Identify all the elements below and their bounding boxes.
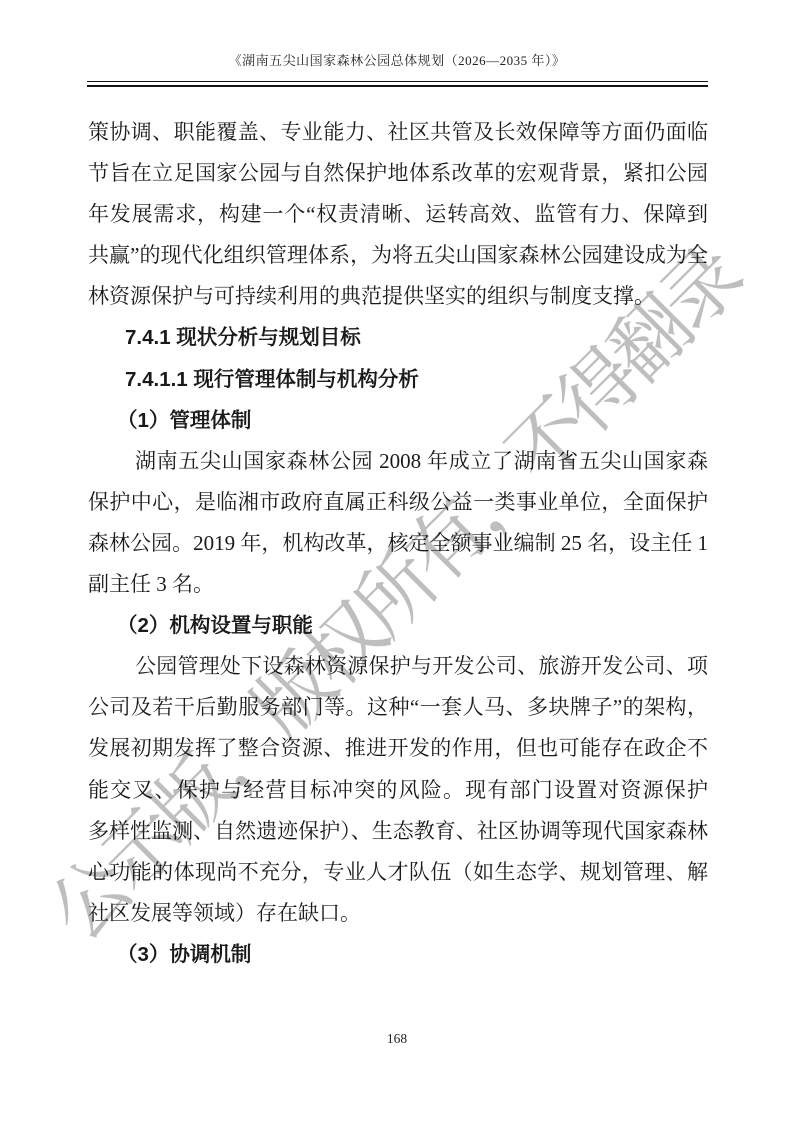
text-line: 多样性监测、自然遗迹保护）、生态教育、社区协调等现代国家森林公园核 <box>88 811 708 852</box>
text-line: 公司及若干后勤服务部门等。这种“一套人马、多块牌子”的架构，在公园 <box>88 687 708 728</box>
text-line: 能交叉、保护与经营目标冲突的风险。现有部门设置对资源保护（如生物 <box>88 770 708 811</box>
header-divider <box>87 81 708 87</box>
section-heading-item2: （2）机构设置与职能 <box>88 605 708 646</box>
text-line: 湖南五尖山国家森林公园 2008 年成立了湖南省五尖山国家森林公园 <box>88 441 708 482</box>
text-line: 共赢”的现代化组织管理体系，为将五尖山国家森林公园建设成为全国森 <box>88 235 708 276</box>
text-line: 节旨在立足国家公园与自然保护地体系改革的宏观背景，紧扣公园未来十 <box>88 153 708 194</box>
document-page: 《湖南五尖山国家森林公园总体规划（2026—2035 年）》 公示版，版权所有，… <box>0 0 794 1122</box>
section-heading-7411: 7.4.1.1 现行管理体制与机构分析 <box>88 359 708 400</box>
text-line: 社区发展等领域）存在缺口。 <box>88 893 708 934</box>
text-line: 公园管理处下设森林资源保护与开发公司、旅游开发公司、项目投资 <box>88 646 708 687</box>
text-line: 策协调、职能覆盖、专业能力、社区共管及长效保障等方面仍面临挑战。本 <box>88 112 708 153</box>
section-heading-item3: （3）协调机制 <box>88 934 708 975</box>
text-line: 副主任 3 名。 <box>88 564 708 605</box>
text-line: 林资源保护与可持续利用的典范提供坚实的组织与制度支撑。 <box>88 276 708 317</box>
section-heading-741: 7.4.1 现状分析与规划目标 <box>88 317 708 358</box>
text-line: 保护中心，是临湘市政府直属正科级公益一类事业单位，全面保护和管理 <box>88 482 708 523</box>
header-title: 《湖南五尖山国家森林公园总体规划（2026—2035 年）》 <box>0 50 794 69</box>
text-line: 年发展需求，构建一个“权责清晰、运转高效、监管有力、保障到位、多方 <box>88 194 708 235</box>
text-line: 发展初期发挥了整合资源、推进开发的作用，但也可能存在政企不分、职 <box>88 728 708 769</box>
text-line: 森林公园。2019 年，机构改革，核定全额事业编制 25 名，设主任 1 名， <box>88 523 708 564</box>
page-number: 168 <box>0 1031 794 1047</box>
body-text: 策协调、职能覆盖、专业能力、社区共管及长效保障等方面仍面临挑战。本 节旨在立足国… <box>88 112 708 975</box>
section-heading-item1: （1）管理体制 <box>88 400 708 441</box>
text-line: 心功能的体现尚不充分，专业人才队伍（如生态学、规划管理、解说教育、 <box>88 852 708 893</box>
